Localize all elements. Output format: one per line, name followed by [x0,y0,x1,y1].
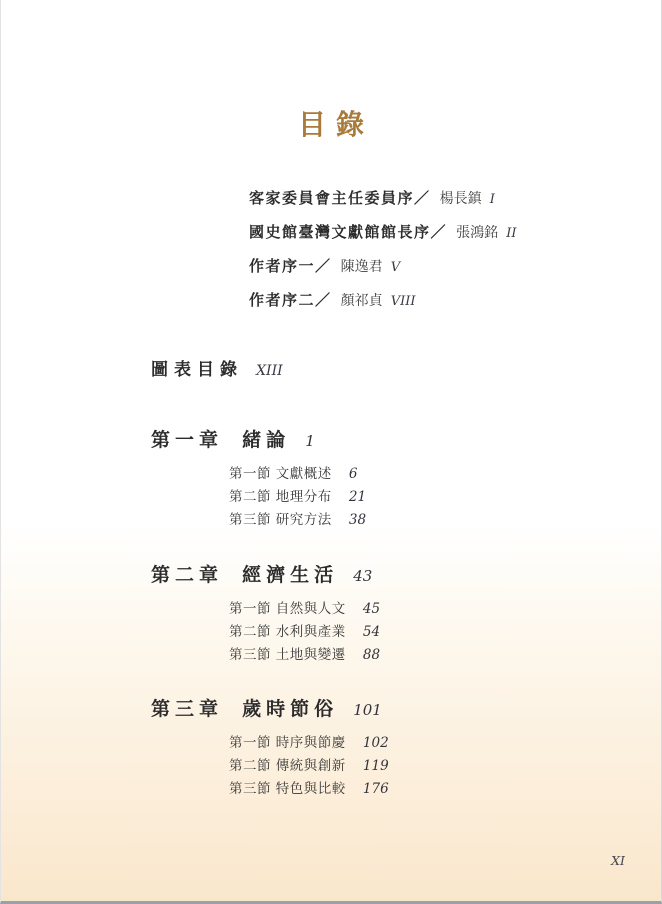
preface-author: 張鴻銘 [456,225,498,241]
section-page-number: 38 [349,512,366,528]
preface-item: 國史館臺灣文獻館館長序／ 張鴻銘 II [249,221,516,255]
figures-toc-label: 圖表目錄 [151,360,243,380]
section-page-number: 21 [349,489,366,505]
chapter-number: 第二章 [151,564,223,586]
chapter-heading: 第三章 歲時節俗 101 [151,694,389,720]
section-list: 第一節 自然與人文 45 第二節 水利與產業 54 第三節 土地與變遷 88 [229,596,380,665]
section-entry: 第三節 特色與比較 176 [229,776,389,799]
section-page-number: 176 [363,781,389,797]
section-label: 第二節 水利與產業 [229,624,346,640]
chapter-page-number: 43 [353,567,372,585]
figures-toc-entry: 圖表目錄 XIII [151,355,283,380]
preface-list: 客家委員會主任委員序／ 楊長鎮 I 國史館臺灣文獻館館長序／ 張鴻銘 II 作者… [249,187,516,323]
section-page-number: 102 [363,735,389,751]
section-entry: 第二節 傳統與創新 119 [229,753,389,776]
preface-label: 國史館臺灣文獻館館長序／ [249,223,447,241]
folio-page-number: XI [611,853,625,868]
section-label: 第三節 特色與比較 [229,781,346,797]
section-entry: 第一節 自然與人文 45 [229,596,380,619]
preface-label: 作者序一／ [249,257,332,275]
section-page-number: 119 [363,758,389,774]
section-label: 第二節 地理分布 [229,489,332,505]
preface-author: 陳逸君 [341,259,383,275]
section-label: 第三節 土地與變遷 [229,647,346,663]
preface-page-number: V [391,260,400,275]
section-entry: 第一節 時序與節慶 102 [229,730,389,753]
chapter-title: 經濟生活 [242,564,338,586]
preface-author: 顏祁貞 [341,293,383,309]
section-label: 第二節 傳統與創新 [229,758,346,774]
section-entry: 第一節 文獻概述 6 [229,461,366,484]
preface-item: 作者序二／ 顏祁貞 VIII [249,289,516,323]
chapter-number: 第一章 [151,429,223,451]
chapter-page-number: 101 [353,701,382,719]
section-page-number: 88 [363,647,380,663]
section-entry: 第二節 水利與產業 54 [229,619,380,642]
section-label: 第三節 研究方法 [229,512,332,528]
chapter-entry: 第二章 經濟生活 43 第一節 自然與人文 45 第二節 水利與產業 54 第三… [151,560,380,665]
section-page-number: 54 [363,624,380,640]
preface-label: 作者序二／ [249,291,332,309]
preface-page-number: I [490,192,495,207]
section-list: 第一節 文獻概述 6 第二節 地理分布 21 第三節 研究方法 38 [229,461,366,530]
chapter-heading: 第二章 經濟生活 43 [151,560,380,586]
chapter-number: 第三章 [151,698,223,720]
section-label: 第一節 自然與人文 [229,601,346,617]
preface-item: 作者序一／ 陳逸君 V [249,255,516,289]
preface-page-number: VIII [391,294,416,309]
toc-page: 目錄 客家委員會主任委員序／ 楊長鎮 I 國史館臺灣文獻館館長序／ 張鴻銘 II… [0,0,662,904]
chapter-entry: 第一章 緒論 1 第一節 文獻概述 6 第二節 地理分布 21 第三節 研究方法… [151,425,366,530]
section-entry: 第三節 研究方法 38 [229,507,366,530]
section-page-number: 45 [363,601,380,617]
section-label: 第一節 文獻概述 [229,466,332,482]
section-list: 第一節 時序與節慶 102 第二節 傳統與創新 119 第三節 特色與比較 17… [229,730,389,799]
section-label: 第一節 時序與節慶 [229,735,346,751]
preface-item: 客家委員會主任委員序／ 楊長鎮 I [249,187,516,221]
preface-author: 楊長鎮 [440,191,482,207]
preface-page-number: II [506,226,516,241]
chapter-title: 歲時節俗 [242,698,338,720]
page-title: 目錄 [1,103,661,143]
section-entry: 第二節 地理分布 21 [229,484,366,507]
figures-toc-page-number: XIII [256,363,283,379]
section-entry: 第三節 土地與變遷 88 [229,642,380,665]
chapter-page-number: 1 [305,432,315,450]
preface-label: 客家委員會主任委員序／ [249,189,431,207]
chapter-title: 緒論 [242,429,290,451]
section-page-number: 6 [349,466,358,482]
chapter-heading: 第一章 緒論 1 [151,425,366,451]
chapter-entry: 第三章 歲時節俗 101 第一節 時序與節慶 102 第二節 傳統與創新 119… [151,694,389,799]
